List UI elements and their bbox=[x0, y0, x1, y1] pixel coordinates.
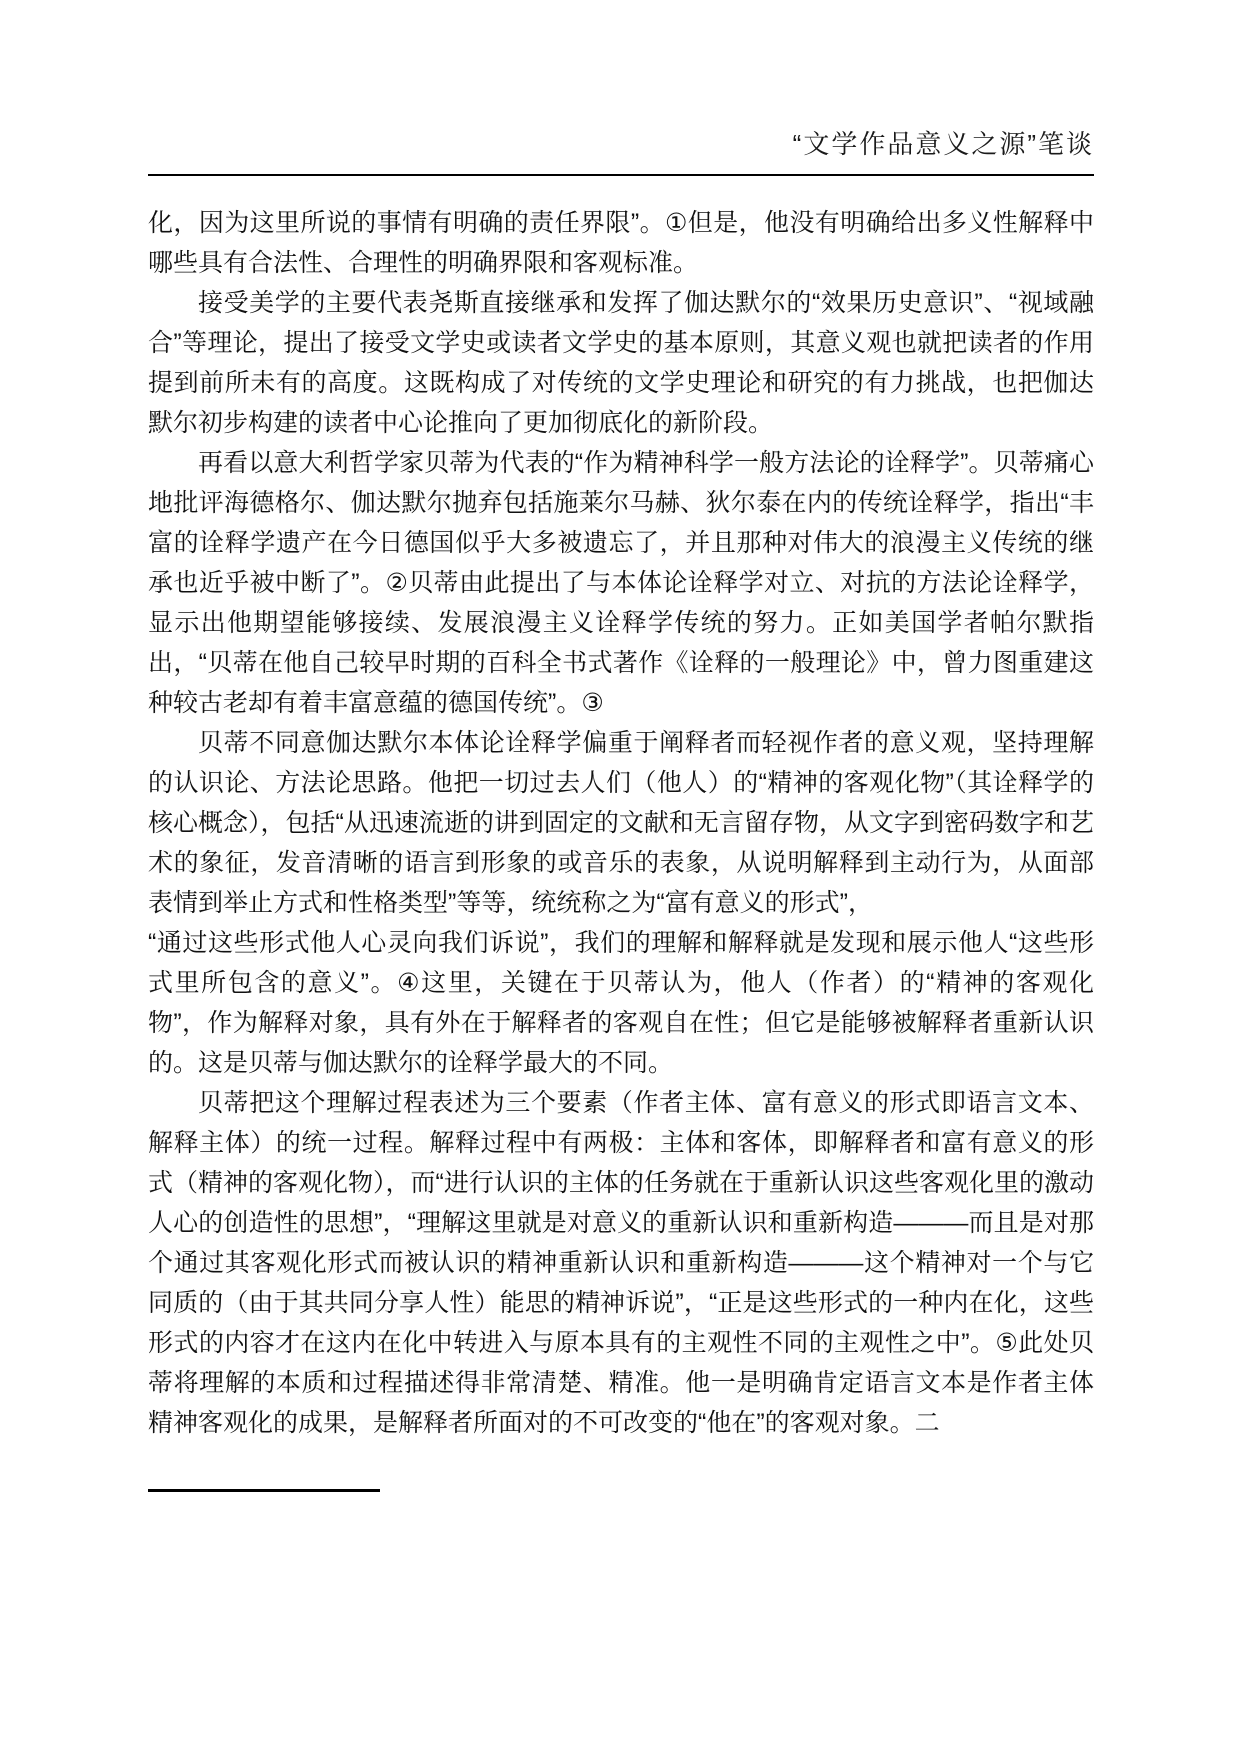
footnote-divider bbox=[148, 1489, 380, 1492]
paragraph-continuation: 化，因为这里所说的事情有明确的责任界限”。①但是，他没有明确给出多义性解释中哪些… bbox=[148, 203, 1094, 283]
page-header: “文学作品意义之源”笔谈 bbox=[148, 0, 1094, 176]
paragraph-betti-methodology: 再看以意大利哲学家贝蒂为代表的“作为精神科学一般方法论的诠释学”。贝蒂痛心地批评… bbox=[148, 443, 1094, 723]
paragraph-reception-aesthetics: 接受美学的主要代表尧斯直接继承和发挥了伽达默尔的“效果历史意识”、“视域融合”等… bbox=[148, 283, 1094, 443]
header-rule bbox=[148, 174, 1094, 176]
article-body: 化，因为这里所说的事情有明确的责任界限”。①但是，他没有明确给出多义性解释中哪些… bbox=[148, 203, 1094, 1443]
running-head-title: “文学作品意义之源”笔谈 bbox=[148, 0, 1094, 161]
paragraph-meaningful-forms: 贝蒂不同意伽达默尔本体论诠释学偏重于阐释者而轻视作者的意义观，坚持理解的认识论、… bbox=[148, 723, 1094, 923]
document-page: “文学作品意义之源”笔谈 化，因为这里所说的事情有明确的责任界限”。①但是，他没… bbox=[0, 0, 1240, 1754]
paragraph-understanding-process: 贝蒂把这个理解过程表述为三个要素（作者主体、富有意义的形式即语言文本、解释主体）… bbox=[148, 1083, 1094, 1443]
paragraph-forms-speak: “通过这些形式他人心灵向我们诉说”，我们的理解和解释就是发现和展示他人“这些形式… bbox=[148, 923, 1094, 1083]
